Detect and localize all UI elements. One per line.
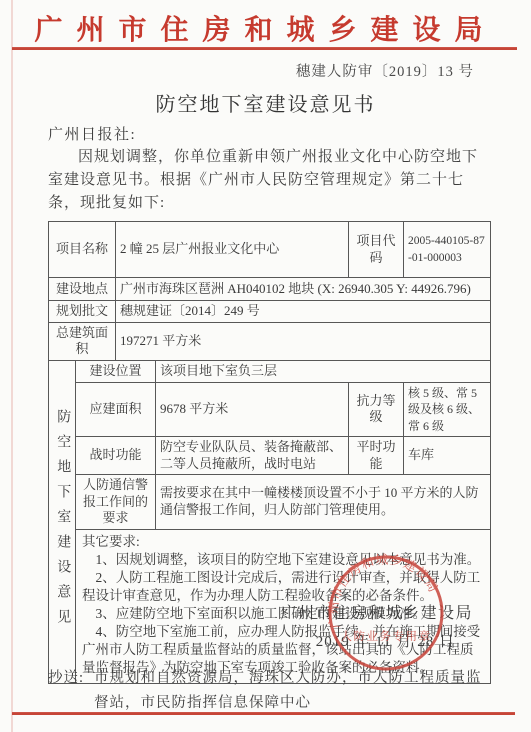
table-row: 建设地点 广州市海珠区琶洲 AH040102 地块 (X: 26940.305 … — [49, 278, 491, 301]
project-code-line1: 2005-440105-87 — [408, 233, 486, 250]
table-row: 应建面积 9678 平方米 抗力等级 核 5 级、常 5 级及核 6 级、常 6… — [49, 382, 491, 437]
wartime-value: 防空专业队队员、装备掩蔽部、二等人员掩蔽所，战时电站 — [156, 437, 349, 475]
wartime-label: 战时功能 — [76, 437, 156, 475]
location-value: 广州市海珠区琶洲 AH040102 地块 (X: 26940.305 Y: 44… — [116, 278, 491, 301]
comm-label: 人防通信警报工作间的要求 — [76, 475, 156, 530]
required-area-label: 应建面积 — [76, 382, 156, 437]
total-area-label: 总建筑面积 — [49, 322, 116, 360]
other-requirements-title: 其它要求: — [82, 533, 484, 551]
cc-row: 抄送: 市规划和自然资源局，海珠区人防办，市人防工程质量监督站，市民防指挥信息保… — [48, 666, 491, 716]
project-code-label: 项目代码 — [349, 222, 404, 278]
table-row: 项目名称 2 幢 25 层广州报业文化中心 项目代码 2005-440105-8… — [49, 222, 491, 278]
table-row: 防空地下室建设意见 建设位置 该项目地下室负三层 — [49, 360, 491, 382]
peacetime-label: 平时功能 — [349, 437, 404, 475]
cc-text: 市规划和自然资源局，海珠区人防办，市人防工程质量监督站，市民防指挥信息保障中心 — [94, 666, 491, 716]
agency-header: 广州市住房和城乡建设局 — [0, 8, 531, 48]
location-label: 建设地点 — [49, 278, 116, 301]
project-code-value: 2005-440105-87 -01-000003 — [404, 222, 491, 278]
document-number: 穗建人防审〔2019〕13 号 — [0, 60, 474, 81]
position-value: 该项目地下室负三层 — [156, 360, 491, 382]
cc-label: 抄送: — [48, 666, 94, 716]
project-name-value: 2 幢 25 层广州报业文化中心 — [116, 222, 349, 278]
table-row: 总建筑面积 197271 平方米 — [49, 322, 491, 360]
table-row: 规划批文 穗规建证〔2014〕249 号 — [49, 301, 491, 323]
planning-label: 规划批文 — [49, 301, 116, 323]
project-name-label: 项目名称 — [49, 222, 116, 278]
comm-value: 需按要求在其中一幢楼楼顶设置不小于 10 平方米的人防通信警报工作间，归人防部门… — [156, 475, 491, 530]
peacetime-value: 车库 — [404, 437, 491, 475]
intro-paragraph: 因规划调整，你单位重新申领广州报业文化中心防空地下室建设意见书。根据《广州市人民… — [48, 146, 491, 215]
document-page: 广州市住房和城乡建设局 穗建人防审〔2019〕13 号 防空地下室建设意见书 广… — [0, 0, 531, 732]
position-label: 建设位置 — [76, 360, 156, 382]
planning-value: 穗规建证〔2014〕249 号 — [116, 301, 491, 323]
official-seal: 广州市住房和城乡建设局 人防业务专用章 — [323, 550, 449, 676]
table-row: 人防通信警报工作间的要求 需按要求在其中一幢楼楼顶设置不小于 10 平方米的人防… — [49, 475, 491, 530]
table-row: 战时功能 防空专业队队员、装备掩蔽部、二等人员掩蔽所，战时电站 平时功能 车库 — [49, 437, 491, 475]
recipient-line: 广州日报社: — [48, 123, 136, 144]
footer-double-rule — [12, 712, 515, 715]
total-area-value: 197271 平方米 — [116, 322, 491, 360]
project-code-line2: -01-000003 — [408, 250, 486, 267]
seal-arc-text: 广州市住房和城乡建设局 — [325, 553, 441, 630]
svg-text:广州市住房和城乡建设局: 广州市住房和城乡建设局 — [325, 553, 441, 630]
document-title: 防空地下室建设意见书 — [0, 88, 531, 117]
seal-center-text: 人防业务专用章 — [341, 629, 432, 643]
resistance-label: 抗力等级 — [349, 382, 404, 437]
header-double-rule — [12, 47, 517, 50]
resistance-value: 核 5 级、常 5 级及核 6 级、常 6 级 — [404, 382, 491, 437]
required-area-value: 9678 平方米 — [156, 382, 349, 437]
